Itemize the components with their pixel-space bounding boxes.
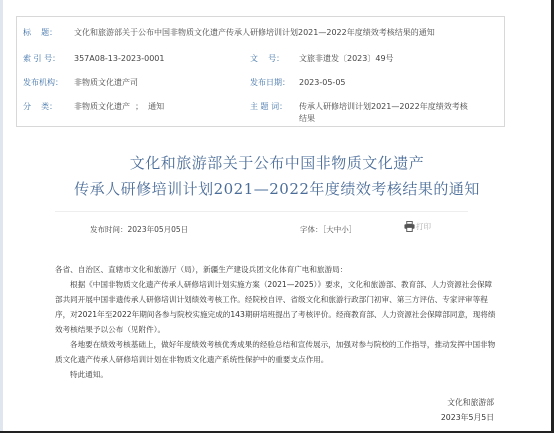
document-title-line1: 文化和旅游部关于公布中国非物质文化遗产 xyxy=(40,150,514,176)
signature-date: 2023年5月5日 xyxy=(441,412,494,423)
publisher-value: 非物质文化遗产司 xyxy=(74,77,138,89)
body-paragraph: 根据《中国非物质文化遗产传承人研修培训计划实施方案（2021—2025）》要求，… xyxy=(55,277,497,337)
print-label: 打印 xyxy=(416,221,431,232)
metadata-row-publisher: 发布机构： 非物质文化遗产司 发布日期： 2023-05-05 xyxy=(17,77,504,91)
print-button[interactable]: 打印 xyxy=(404,221,431,232)
index-label: 索 引 号： xyxy=(23,53,60,65)
left-edge-strip xyxy=(0,0,3,433)
category-value: 非物质文化遗产 ； 通知 xyxy=(74,101,164,113)
document-title-line2: 传承人研修培训计划2021—2022年度绩效考核结果的通知 xyxy=(40,176,514,202)
keywords-label: 主 题 词： xyxy=(250,101,287,113)
metadata-row-category: 分 类： 非物质文化遗产 ； 通知 主 题 词： 传承人研修培训计划2021—2… xyxy=(17,101,504,115)
publisher-label: 发布机构： xyxy=(23,77,63,89)
pubdate-label: 发布日期： xyxy=(250,77,290,89)
metadata-row-title: 标 题： 文化和旅游部关于公布中国非物质文化遗产传承人研修培训计划2021—20… xyxy=(17,27,504,41)
font-size-control[interactable]: 字体：［大中小］ xyxy=(300,224,356,235)
docnum-value: 文旅非遗发〔2023〕49号 xyxy=(299,53,394,65)
metadata-row-index: 索 引 号： 357A08-13-2023-0001 文 号： 文旅非遗发〔20… xyxy=(17,53,504,67)
keywords-value: 传承人研修培训计划2021—2022年度绩效考核结果 xyxy=(299,101,469,125)
index-value: 357A08-13-2023-0001 xyxy=(74,53,164,65)
pubdate-value: 2023-05-05 xyxy=(299,77,346,89)
publish-time: 发布时间：2023年05月05日 xyxy=(90,224,188,235)
title-label: 标 题： xyxy=(23,27,57,39)
title-divider xyxy=(55,211,468,212)
docnum-label: 文 号： xyxy=(250,53,284,65)
signature-organization: 文化和旅游部 xyxy=(447,397,494,408)
title-value: 文化和旅游部关于公布中国非物质文化遗产传承人研修培训计划2021—2022年度绩… xyxy=(74,27,435,39)
document-body: 各省、自治区、直辖市文化和旅游厅（局），新疆生产建设兵团文化体育广电和旅游局： … xyxy=(55,262,497,382)
printer-icon xyxy=(404,221,415,232)
metadata-table: 标 题： 文化和旅游部关于公布中国非物质文化遗产传承人研修培训计划2021—20… xyxy=(16,16,505,127)
salutation: 各省、自治区、直辖市文化和旅游厅（局），新疆生产建设兵团文化体育广电和旅游局： xyxy=(55,262,497,277)
document-title: 文化和旅游部关于公布中国非物质文化遗产 传承人研修培训计划2021—2022年度… xyxy=(40,150,514,202)
category-label: 分 类： xyxy=(23,101,57,113)
closing-line: 特此通知。 xyxy=(55,367,497,382)
body-paragraph: 各地要在绩效考核基础上，做好年度绩效考核优秀成果的经验总结和宣传展示，加强对参与… xyxy=(55,337,497,367)
